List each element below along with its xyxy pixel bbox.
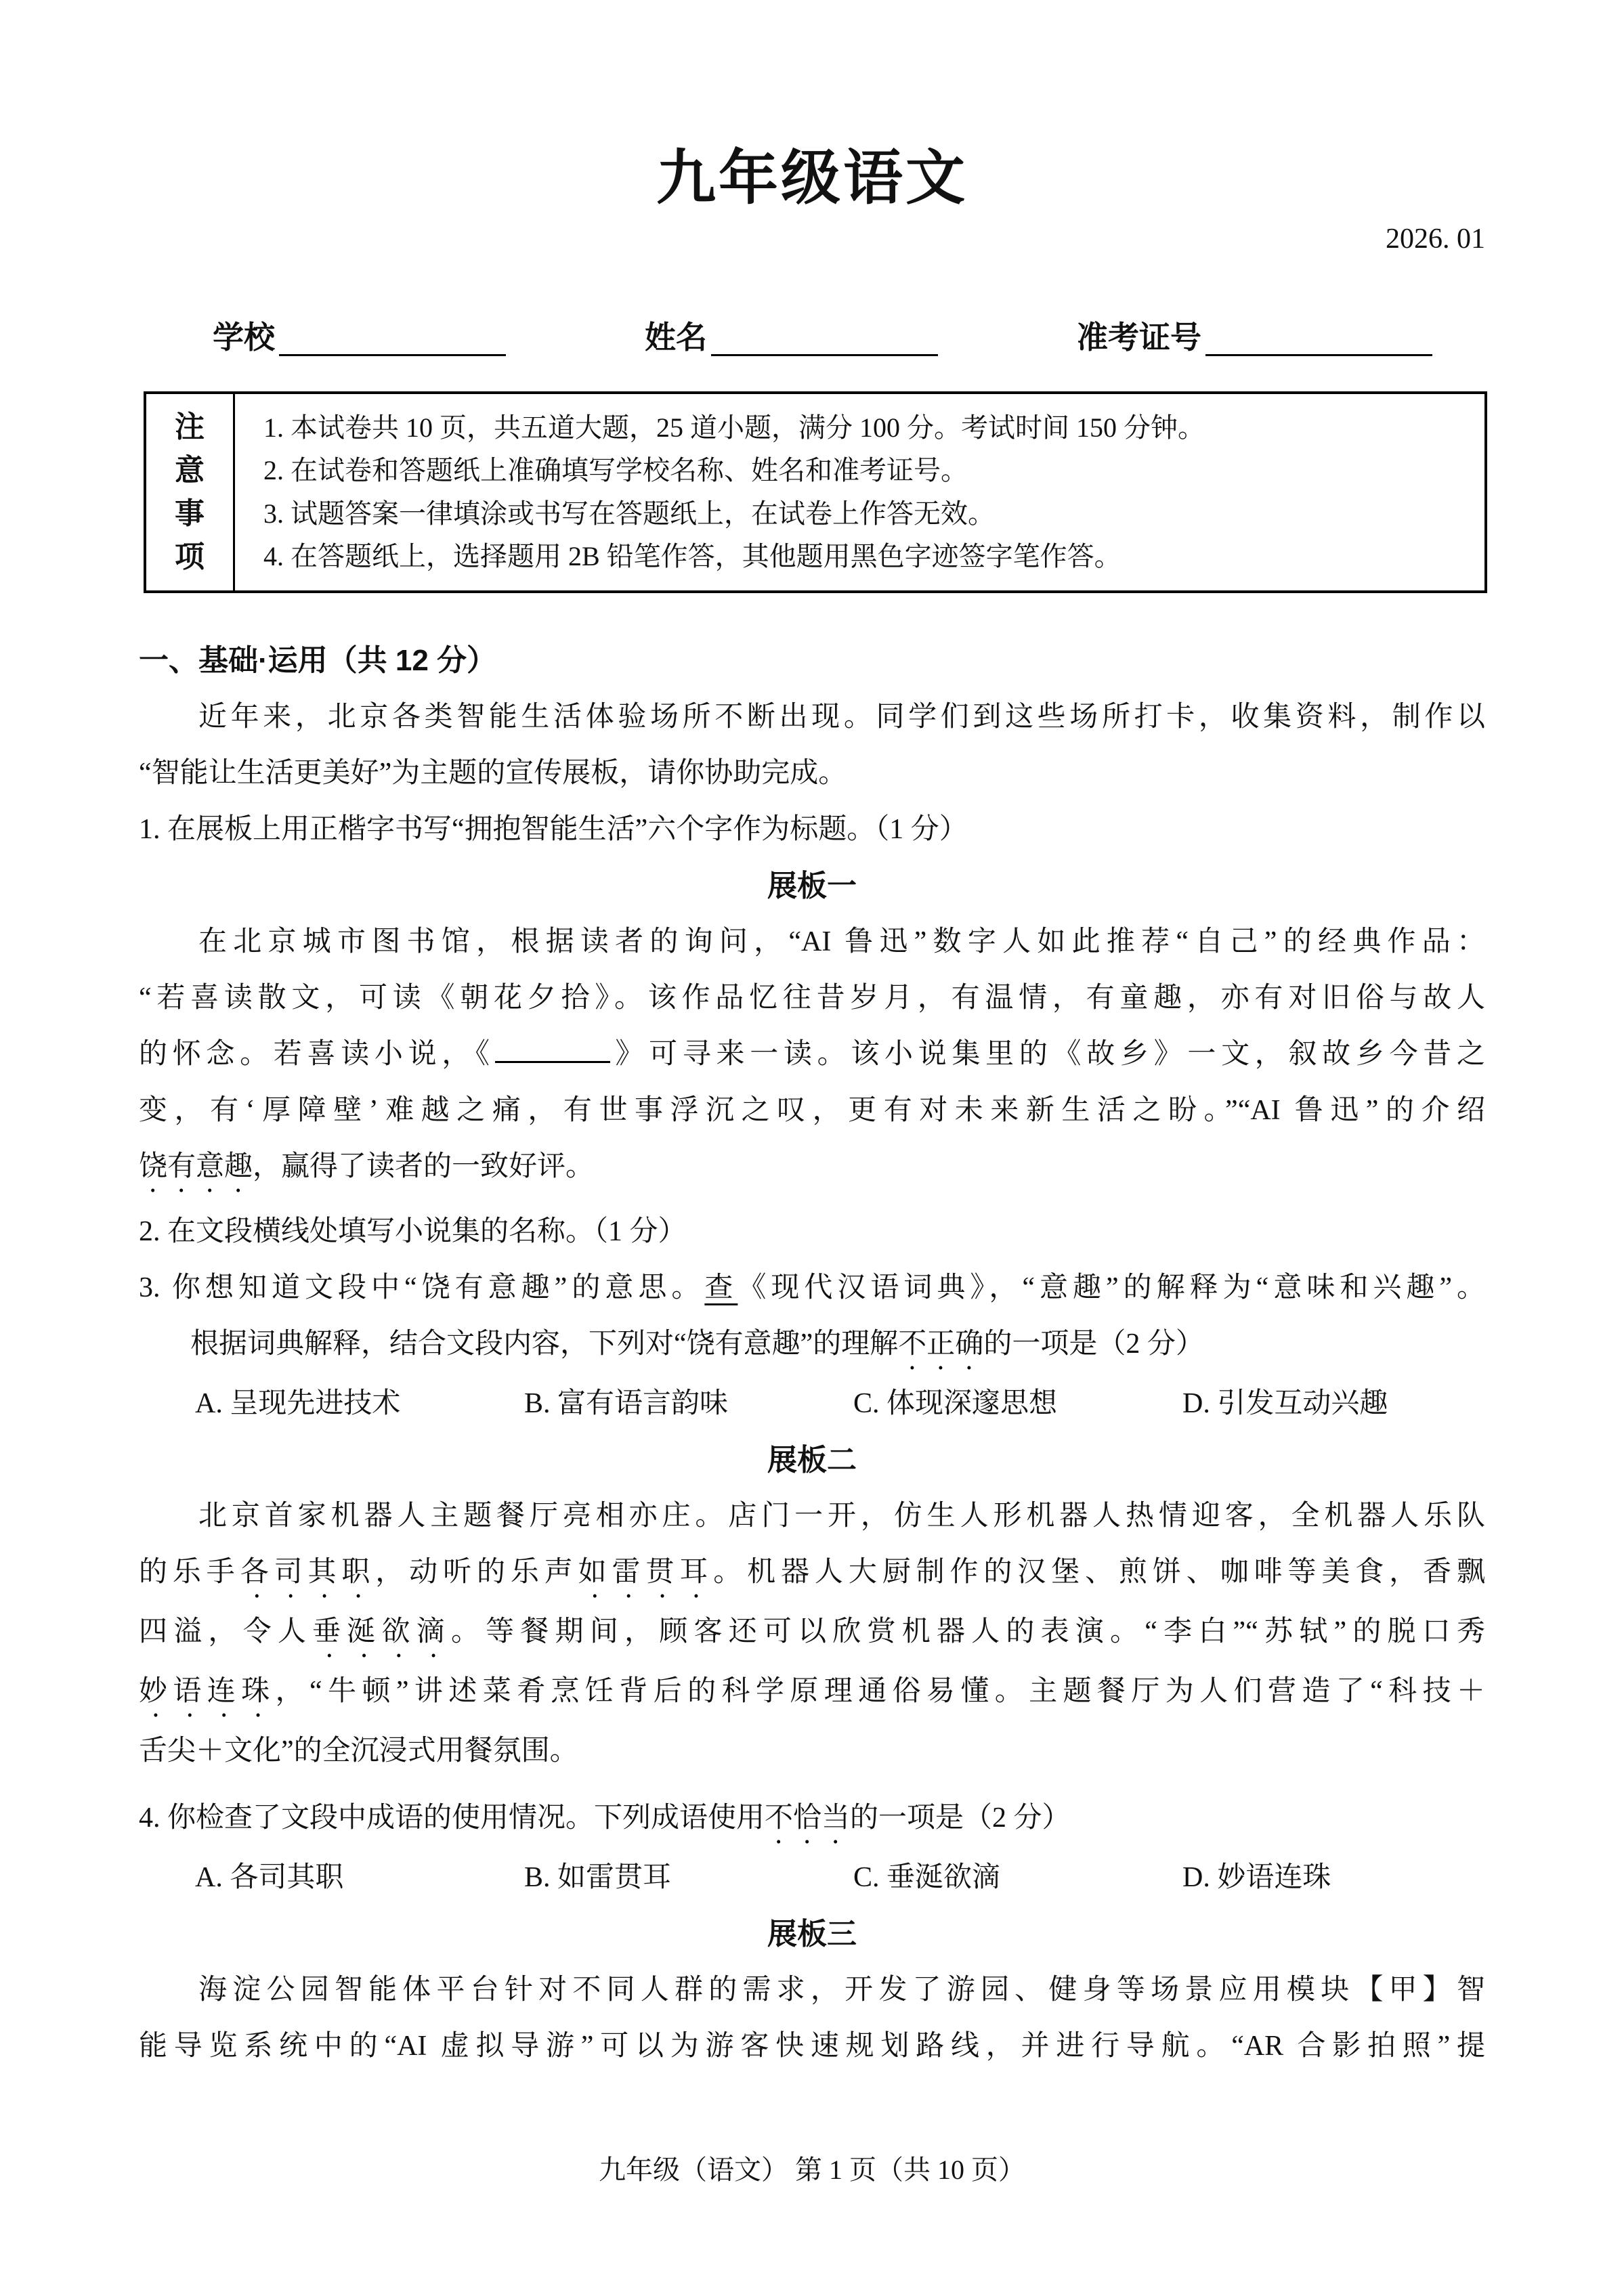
intro-line-2: “智能让生活更美好”为主题的宣传展板，请你协助完成。 xyxy=(139,745,1485,802)
board3-heading: 展板三 xyxy=(139,1906,1485,1962)
board2-line-5: 舌尖＋文化”的全沉浸式用餐氛围。 xyxy=(139,1723,1485,1779)
board1-line-5: 饶有意趣，赢得了读者的一致好评。 xyxy=(139,1139,1485,1198)
question-3-line-1: 3. 你想知道文段中“饶有意趣”的意思。查《现代汉语词典》，“意趣”的解释为“意… xyxy=(139,1260,1485,1316)
notice-box: 注 意 事 项 1. 本试卷共 10 页，共五道大题，25 道小题，满分 100… xyxy=(144,391,1487,593)
fill-in-blank-line xyxy=(495,1038,610,1063)
notice-side-char: 注 xyxy=(175,412,205,442)
question-3-options: A. 呈现先进技术 B. 富有语言韵味 C. 体现深邃思想 D. 引发互动兴趣 xyxy=(139,1376,1485,1432)
board2-line-4: 妙语连珠，“牛顿”讲述菜肴烹饪背后的科学原理通俗易懂。主题餐厅为人们营造了“科技… xyxy=(139,1664,1485,1723)
question-4-option-b: B. 如雷贯耳 xyxy=(524,1850,853,1906)
question-3-line-2: 根据词典解释，结合文段内容，下列对“饶有意趣”的理解不正确的一项是（2 分） xyxy=(139,1316,1485,1376)
board2-heading: 展板二 xyxy=(139,1432,1485,1488)
question-4-option-a: A. 各司其职 xyxy=(195,1850,524,1906)
notice-side-char: 意 xyxy=(175,456,205,485)
page-title: 九年级语文 xyxy=(139,141,1485,215)
question-4: 4. 你检查了文段中成语的使用情况。下列成语使用不恰当的一项是（2 分） xyxy=(139,1790,1485,1850)
board2-line-2: 的乐手各司其职，动听的乐声如雷贯耳。机器人大厨制作的汉堡、煎饼、咖啡等美食，香飘 xyxy=(139,1544,1485,1604)
field-admission-ticket-label: 准考证号 xyxy=(1077,318,1201,356)
exam-date: 2026. 01 xyxy=(139,222,1485,256)
page-content: 九年级语文 2026. 01 学校 姓名 准考证号 注 意 事 项 xyxy=(0,0,1624,2190)
board1-heading: 展板一 xyxy=(139,858,1485,914)
field-school: 学校 xyxy=(213,318,506,356)
notice-item: 4. 在答题纸上，选择题用 2B 铅笔作答，其他题用黑色字迹签字笔作答。 xyxy=(263,541,1471,572)
question-3-option-b: B. 富有语言韵味 xyxy=(524,1376,853,1432)
question-4-option-c: C. 垂涎欲滴 xyxy=(853,1850,1182,1906)
field-name-blank-line xyxy=(711,347,938,356)
notice-side-char: 事 xyxy=(175,499,205,529)
intro-line-1: 近年来，北京各类智能生活体验场所不断出现。同学们到这些场所打卡，收集资料，制作以 xyxy=(139,689,1485,745)
notice-item: 2. 在试卷和答题纸上准确填写学校名称、姓名和准考证号。 xyxy=(263,455,1471,486)
board2-line-3: 四溢，令人垂涎欲滴。等餐期间，顾客还可以欣赏机器人的表演。“李白”“苏轼”的脱口… xyxy=(139,1604,1485,1664)
notice-item: 1. 本试卷共 10 页，共五道大题，25 道小题，满分 100 分。考试时间 … xyxy=(263,412,1471,443)
student-info-row: 学校 姓名 准考证号 xyxy=(139,318,1485,356)
field-school-blank-line xyxy=(279,347,506,356)
question-2: 2. 在文段横线处填写小说集的名称。（1 分） xyxy=(139,1204,1485,1260)
question-3-option-d: D. 引发互动兴趣 xyxy=(1182,1376,1388,1432)
field-school-label: 学校 xyxy=(213,318,275,356)
question-3-option-a: A. 呈现先进技术 xyxy=(195,1376,524,1432)
field-name: 姓名 xyxy=(645,318,938,356)
section-one-heading: 一、基础·运用（共 12 分） xyxy=(139,632,1485,689)
board1-line-2: “若喜读散文，可读《朝花夕拾》。该作品忆往昔岁月，有温情，有童趣，亦有对旧俗与故… xyxy=(139,970,1485,1026)
board2-line-1: 北京首家机器人主题餐厅亮相亦庄。店门一开，仿生人形机器人热情迎客，全机器人乐队 xyxy=(139,1488,1485,1544)
notice-item: 3. 试题答案一律填涂或书写在答题纸上，在试卷上作答无效。 xyxy=(263,498,1471,529)
board1-line-3: 的怀念。若喜读小说，《》可寻来一读。该小说集里的《故乡》一文，叙故乡今昔之 xyxy=(139,1026,1485,1083)
field-admission-ticket: 准考证号 xyxy=(1077,318,1432,356)
field-admission-ticket-blank-line xyxy=(1205,347,1432,356)
question-1: 1. 在展板上用正楷字书写“拥抱智能生活”六个字作为标题。（1 分） xyxy=(139,802,1485,858)
board1-line-4: 变，有‘厚障壁’难越之痛，有世事浮沉之叹，更有对未来新生活之盼。”“AI 鲁迅”… xyxy=(139,1083,1485,1139)
board3-line-2: 能导览系统中的“AI 虚拟导游”可以为游客快速规划路线，并进行导航。“AR 合影… xyxy=(139,2018,1485,2075)
notice-side-char: 项 xyxy=(175,542,205,572)
question-3-option-c: C. 体现深邃思想 xyxy=(853,1376,1182,1432)
question-4-options: A. 各司其职 B. 如雷贯耳 C. 垂涎欲滴 D. 妙语连珠 xyxy=(139,1850,1485,1906)
field-name-label: 姓名 xyxy=(645,318,707,356)
question-4-option-d: D. 妙语连珠 xyxy=(1182,1850,1331,1906)
notice-side-label: 注 意 事 项 xyxy=(146,394,235,590)
board3-line-1: 海淀公园智能体平台针对不同人群的需求，开发了游园、健身等场景应用模块【甲】智 xyxy=(139,1962,1485,2018)
notice-items: 1. 本试卷共 10 页，共五道大题，25 道小题，满分 100 分。考试时间 … xyxy=(235,394,1484,590)
board1-line-1: 在北京城市图书馆，根据读者的询问，“AI 鲁迅”数字人如此推荐“自己”的经典作品… xyxy=(139,914,1485,970)
exam-paper-page: 九年级语文 2026. 01 学校 姓名 准考证号 注 意 事 项 xyxy=(0,0,1624,2296)
page-footer: 九年级（语文） 第 1 页（共 10 页） xyxy=(139,2150,1485,2190)
